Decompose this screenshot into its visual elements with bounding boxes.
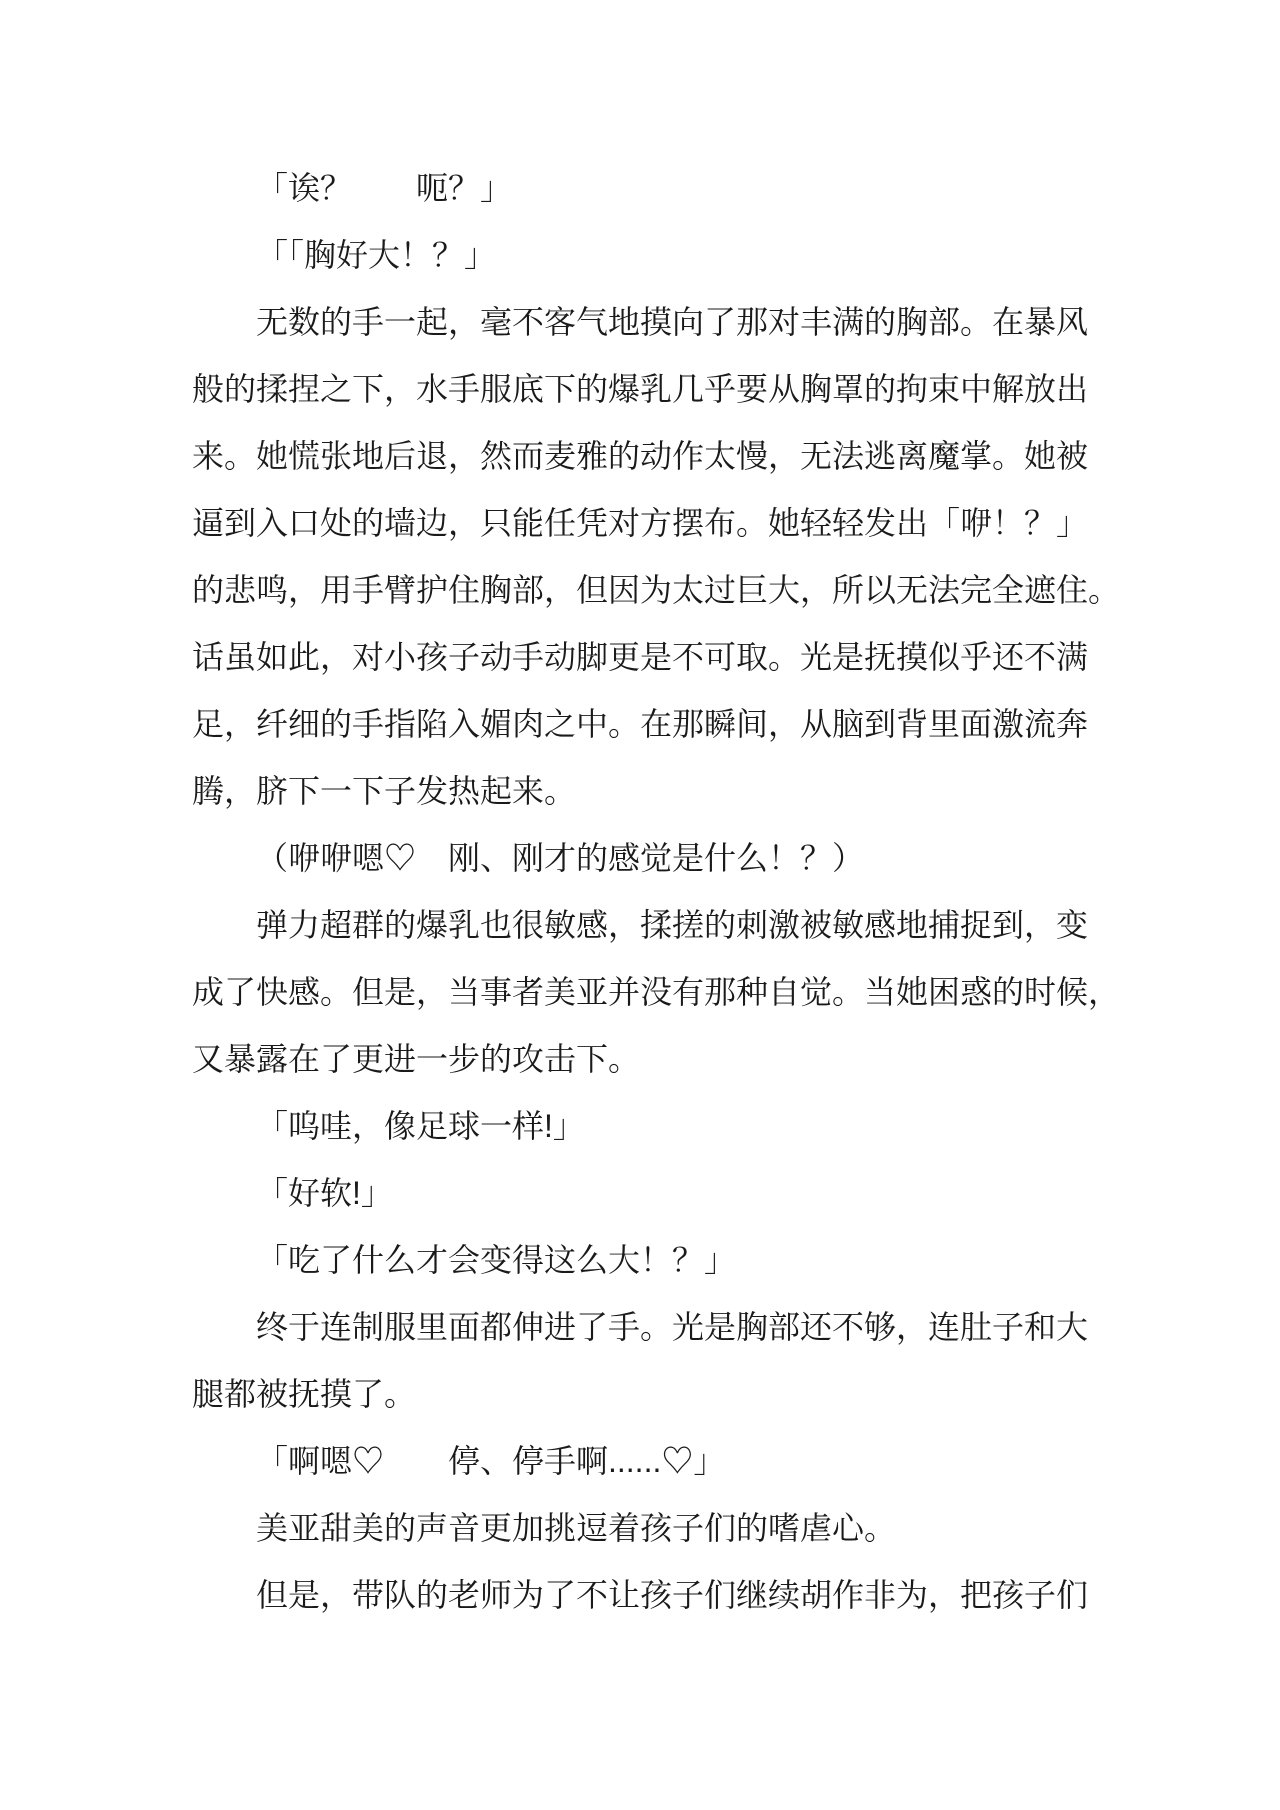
text-line: 足，纤细的手指陷入媚肉之中。在那瞬间，从脑到背里面激流奔 xyxy=(192,691,1092,758)
text-line: 般的揉捏之下，水手服底下的爆乳几乎要从胸罩的拘束中解放出 xyxy=(192,356,1092,423)
text-line: 美亚甜美的声音更加挑逗着孩子们的嗜虐心。 xyxy=(192,1495,1092,1562)
text-line: 「啊嗯♡ 停、停手啊......♡」 xyxy=(192,1428,1092,1495)
text-line: 「诶？ 呃？」 xyxy=(192,155,1092,222)
text-line: 「好软!」 xyxy=(192,1160,1092,1227)
text-line: 成了快感。但是，当事者美亚并没有那种自觉。当她困惑的时候， xyxy=(192,959,1092,1026)
text-line: 腾，脐下一下子发热起来。 xyxy=(192,758,1092,825)
text-line: 「吃了什么才会变得这么大！？」 xyxy=(192,1227,1092,1294)
text-line: 逼到入口处的墙边，只能任凭对方摆布。她轻轻发出「咿！？」 xyxy=(192,490,1092,557)
text-line: 来。她慌张地后退，然而麦雅的动作太慢，无法逃离魔掌。她被 xyxy=(192,423,1092,490)
text-line: 无数的手一起，毫不客气地摸向了那对丰满的胸部。在暴风 xyxy=(192,289,1092,356)
text-line: 终于连制服里面都伸进了手。光是胸部还不够，连肚子和大 xyxy=(192,1294,1092,1361)
text-line: 但是，带队的老师为了不让孩子们继续胡作非为，把孩子们 xyxy=(192,1562,1092,1629)
text-line: 腿都被抚摸了。 xyxy=(192,1361,1092,1428)
text-line: 话虽如此，对小孩子动手动脚更是不可取。光是抚摸似乎还不满 xyxy=(192,624,1092,691)
text-line: （咿咿嗯♡ 刚、刚才的感觉是什么！？） xyxy=(192,825,1092,892)
text-line: 「「胸好大！？」 xyxy=(192,222,1092,289)
text-line: 「呜哇，像足球一样!」 xyxy=(192,1093,1092,1160)
text-line: 的悲鸣，用手臂护住胸部，但因为太过巨大，所以无法完全遮住。 xyxy=(192,557,1092,624)
text-block: 「诶？ 呃？」「「胸好大！？」无数的手一起，毫不客气地摸向了那对丰满的胸部。在暴… xyxy=(192,155,1092,1629)
text-line: 弹力超群的爆乳也很敏感，揉搓的刺激被敏感地捕捉到，变 xyxy=(192,892,1092,959)
text-line: 又暴露在了更进一步的攻击下。 xyxy=(192,1026,1092,1093)
document-page: 「诶？ 呃？」「「胸好大！？」无数的手一起，毫不客气地摸向了那对丰满的胸部。在暴… xyxy=(0,0,1280,1810)
